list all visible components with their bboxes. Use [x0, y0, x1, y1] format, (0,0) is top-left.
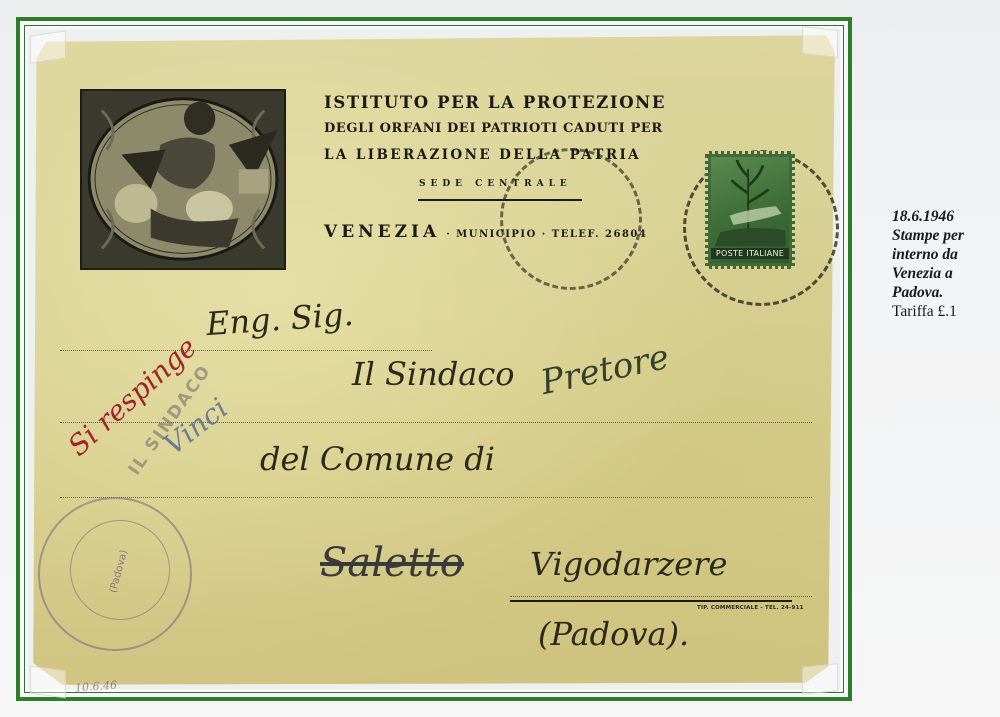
postage-stamp: POSTE ITALIANE: [705, 151, 795, 269]
postmark-cancel-left: [500, 148, 642, 290]
handwritten-address-3: del Comune di: [260, 440, 495, 478]
address-line-4: [510, 596, 812, 597]
handwritten-address-struck: Saletto: [320, 540, 464, 586]
caption-line-5: Padova.: [892, 283, 964, 302]
caption-line-2: Stampe per: [892, 226, 964, 245]
stamp-label: POSTE ITALIANE: [711, 248, 789, 259]
letterhead-city: VENEZIA: [324, 222, 440, 242]
handwritten-address-4: Vigodarzere: [530, 545, 727, 583]
album-page: ISTITUTO PER LA PROTEZIONE DEGLI ORFANI …: [0, 0, 1000, 717]
handwritten-address-5: (Padova).: [538, 615, 689, 653]
stamp-image: POSTE ITALIANE: [711, 157, 789, 263]
engraved-vignette: [80, 89, 286, 270]
letterhead-line-1: ISTITUTO PER LA PROTEZIONE: [324, 93, 666, 112]
caption-date: 18.6.1946: [892, 207, 964, 226]
album-caption: 18.6.1946 Stampe per interno da Venezia …: [892, 207, 964, 321]
corner-mount-bottom-right: [802, 663, 838, 695]
allegory-engraving-icon: [82, 91, 284, 268]
corner-mount-top-left: [30, 30, 66, 63]
address-rule: [510, 600, 792, 602]
address-line-1: [60, 350, 432, 351]
caption-line-4: Venezia a: [892, 264, 964, 283]
corner-mount-top-right: [802, 26, 838, 58]
address-line-3: [60, 497, 812, 498]
caption-line-3: interno da: [892, 245, 964, 264]
caption-tariff: Tariffa £.1: [892, 302, 964, 321]
letterhead-line-2: DEGLI ORFANI DEI PATRIOTI CADUTI PER: [324, 121, 663, 136]
printer-credit: TIP. COMMERCIALE - TEL. 24-911: [697, 605, 804, 611]
corner-mount-bottom-left: [30, 665, 66, 698]
handwritten-address-2: Il Sindaco: [352, 355, 515, 393]
